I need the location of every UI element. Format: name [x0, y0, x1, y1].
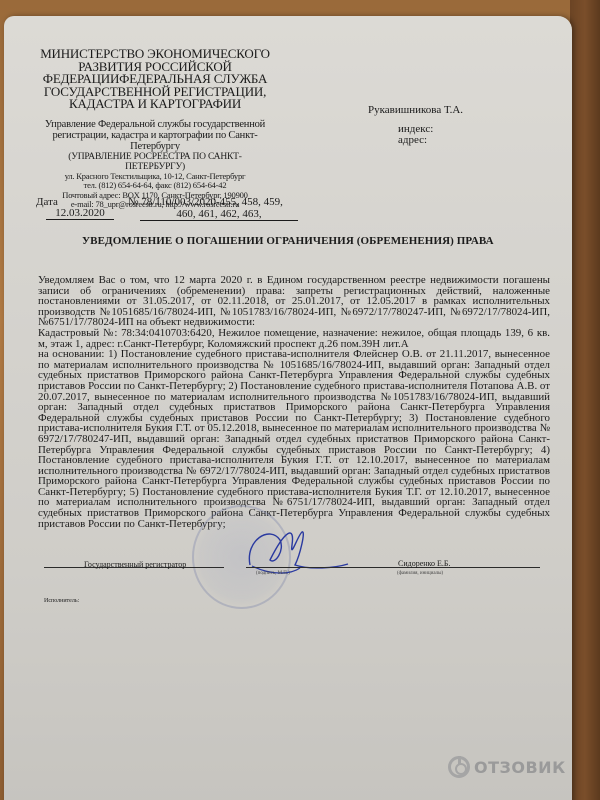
- issuer-header: МИНИСТЕРСТВО ЭКОНОМИЧЕСКОГО РАЗВИТИЯ РОС…: [40, 48, 270, 210]
- body-paragraph-property: Кадастровый №: 78:34:0410703:6420, Нежил…: [38, 328, 550, 349]
- department-abbreviation: (УПРАВЛЕНИЕ РОСРЕЕСТРА ПО САНКТ-ПЕТЕРБУР…: [40, 152, 270, 172]
- document-number: № 78/110/003/2020-455, 458, 459, 460, 46…: [128, 196, 298, 221]
- registrar-name: Сидоренко Е.Б.: [398, 559, 450, 568]
- otzovik-watermark: ОТЗОВИК: [448, 756, 566, 778]
- department-line: Петербургу: [40, 141, 270, 152]
- recipient-address-label: адрес:: [398, 135, 498, 146]
- ministry-line: КАДАСТРА И КАРТОГРАФИИ: [40, 98, 270, 111]
- wooden-table-edge: [570, 0, 600, 800]
- watermark-text: ОТЗОВИК: [474, 758, 566, 777]
- document-number-line1: № 78/110/003/2020-455, 458, 459,: [128, 196, 298, 208]
- department-line: Управление Федеральной службы государств…: [40, 119, 270, 130]
- executor-label: Исполнитель:: [44, 598, 79, 604]
- body-paragraph-grounds: на основании: 1) Постановление судебного…: [38, 349, 550, 529]
- registrar-position: Государственный регистратор: [84, 560, 186, 569]
- handwritten-signature: [240, 520, 350, 590]
- body-paragraph-notice: Уведомляем Вас о том, что 12 марта 2020 …: [38, 275, 550, 328]
- signature-caption: (подпись, М.П.): [256, 571, 290, 576]
- recipient-block: Рукавишникова Т.А. индекс: адрес:: [368, 104, 498, 146]
- document-number-line2: 460, 461, 462, 463,: [140, 208, 298, 221]
- recipient-name: Рукавишникова Т.А.: [368, 104, 498, 116]
- name-signature-line: [246, 567, 540, 568]
- document-body: Уведомляем Вас о том, что 12 марта 2020 …: [38, 275, 550, 529]
- department-line: регистрации, кадастра и картографии по С…: [40, 130, 270, 141]
- name-caption: (фамилия, инициалы): [397, 571, 443, 576]
- department-name: Управление Федеральной службы государств…: [40, 119, 270, 152]
- otzovik-logo-icon: [448, 756, 470, 778]
- document-title: УВЕДОМЛЕНИЕ О ПОГАШЕНИИ ОГРАНИЧЕНИЯ (ОБР…: [82, 235, 494, 247]
- ministry-name: МИНИСТЕРСТВО ЭКОНОМИЧЕСКОГО РАЗВИТИЯ РОС…: [40, 48, 270, 111]
- date-value: 12.03.2020: [46, 207, 114, 220]
